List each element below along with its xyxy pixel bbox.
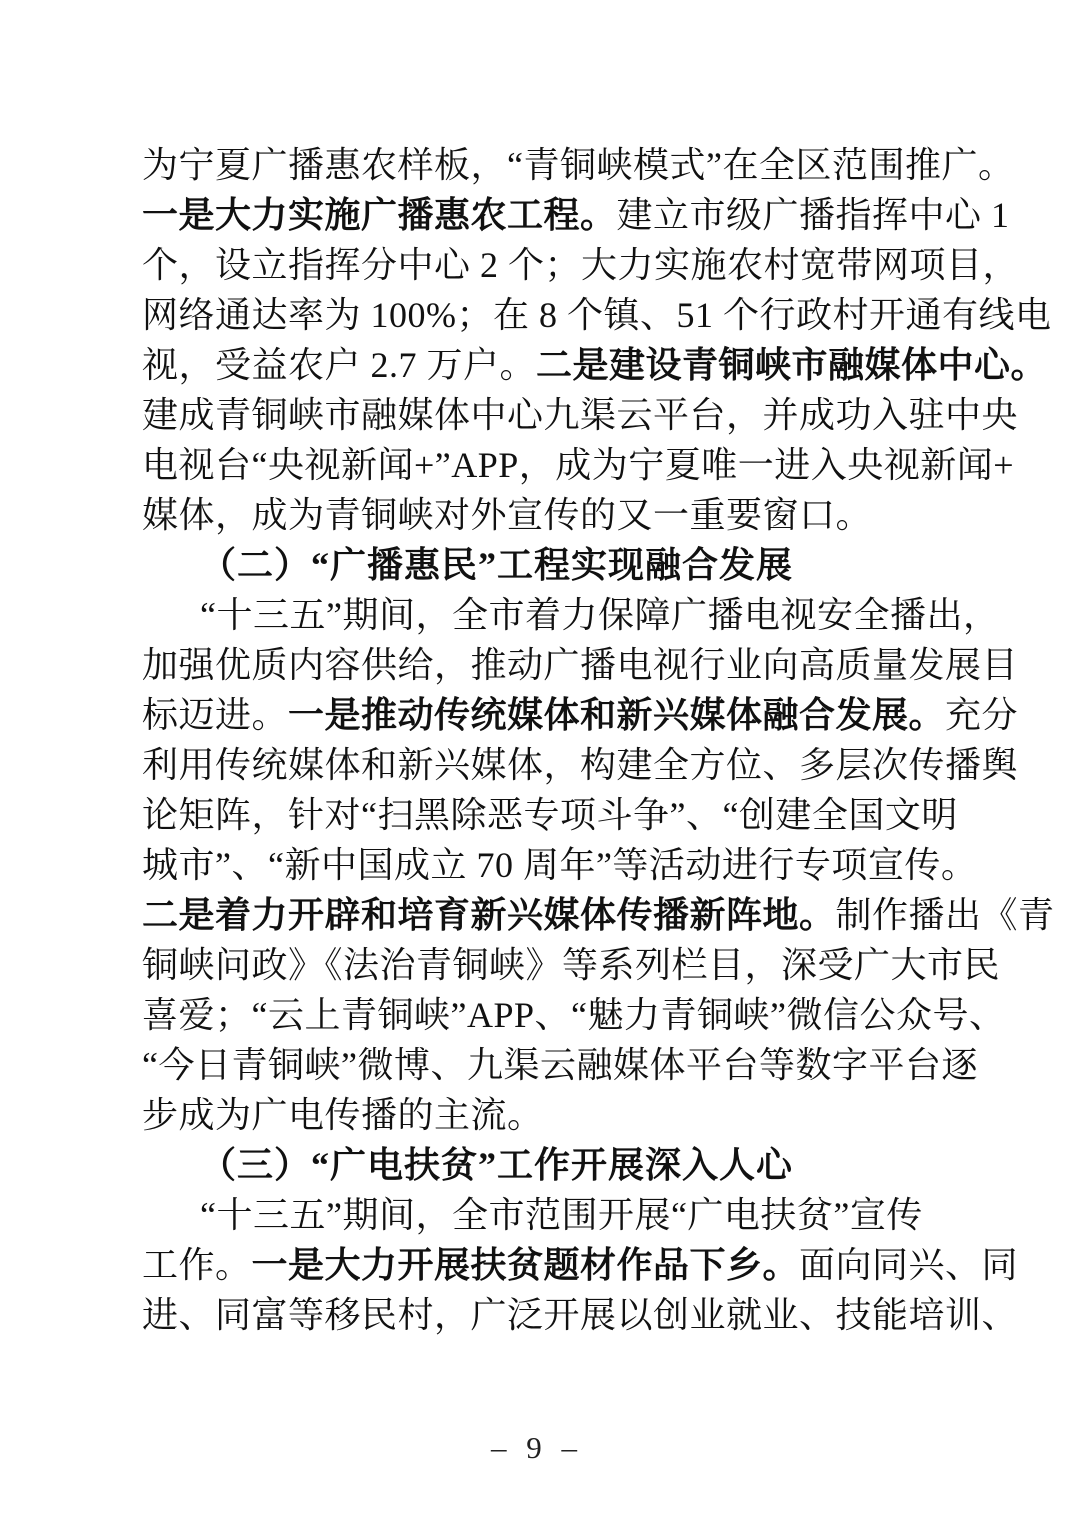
body-text-segment: 工作。 xyxy=(142,1245,252,1285)
body-text-segment: 建立市级广播指挥中心 1 xyxy=(617,195,1010,235)
text-line: “十三五”期间，全市范围开展“广电扶贫”宣传 xyxy=(142,1190,934,1240)
bold-text-segment: 一是推动传统媒体和新兴媒体融合发展。 xyxy=(288,695,945,735)
text-line: 二是着力开辟和培育新兴媒体传播新阵地。制作播出《青 xyxy=(142,890,934,940)
body-text-segment: 充分 xyxy=(945,695,1018,735)
bold-text-segment: 一是大力开展扶贫题材作品下乡。 xyxy=(252,1245,800,1285)
document-lines: 为宁夏广播惠农样板，“青铜峡模式”在全区范围推广。一是大力实施广播惠农工程。建立… xyxy=(142,140,934,1340)
text-line: 网络通达率为 100%；在 8 个镇、51 个行政村开通有线电 xyxy=(142,290,934,340)
body-text-segment: 网络通达率为 100%；在 8 个镇、51 个行政村开通有线电 xyxy=(142,295,1052,335)
body-text-segment: 个，设立指挥分中心 2 个；大力实施农村宽带网项目， xyxy=(142,245,1019,285)
body-text-segment: 利用传统媒体和新兴媒体，构建全方位、多层次传播舆 xyxy=(142,745,1018,785)
text-line: 步成为广电传播的主流。 xyxy=(142,1090,934,1140)
text-line: 媒体，成为青铜峡对外宣传的又一重要窗口。 xyxy=(142,490,934,540)
page-number: – 9 – xyxy=(0,1428,1074,1468)
body-text-segment: “今日青铜峡”微博、九渠云融媒体平台等数字平台逐 xyxy=(142,1045,978,1085)
bold-text-segment: 二是着力开辟和培育新兴媒体传播新阵地。 xyxy=(142,895,836,935)
text-line: 电视台“央视新闻+”APP，成为宁夏唯一进入央视新闻+ xyxy=(142,440,934,490)
body-text-segment: 面向同兴、同 xyxy=(799,1245,1018,1285)
text-line: 进、同富等移民村，广泛开展以创业就业、技能培训、 xyxy=(142,1290,934,1340)
text-line: 论矩阵，针对“扫黑除恶专项斗争”、“创建全国文明 xyxy=(142,790,934,840)
body-text-segment: 媒体，成为青铜峡对外宣传的又一重要窗口。 xyxy=(142,495,872,535)
body-text-segment: 视，受益农户 2.7 万户。 xyxy=(142,345,536,385)
section-heading: （三）“广电扶贫”工作开展深入人心 xyxy=(142,1140,934,1190)
text-line: 铜峡问政》《法治青铜峡》等系列栏目，深受广大市民 xyxy=(142,940,934,990)
body-text-segment: 标迈进。 xyxy=(142,695,288,735)
bold-text-segment: 二是建设青铜峡市融媒体中心。 xyxy=(536,345,1047,385)
body-text-segment: 制作播出《青 xyxy=(836,895,1055,935)
body-text-segment: 铜峡问政》《法治青铜峡》等系列栏目，深受广大市民 xyxy=(142,945,1000,985)
body-text-segment: 电视台“央视新闻+”APP，成为宁夏唯一进入央视新闻+ xyxy=(142,445,1014,485)
text-line: 加强优质内容供给，推动广播电视行业向高质量发展目 xyxy=(142,640,934,690)
text-line: 工作。一是大力开展扶贫题材作品下乡。面向同兴、同 xyxy=(142,1240,934,1290)
body-text-segment: 论矩阵，针对“扫黑除恶专项斗争”、“创建全国文明 xyxy=(142,795,958,835)
body-text-segment: “十三五”期间，全市范围开展“广电扶贫”宣传 xyxy=(200,1195,923,1235)
text-line: 利用传统媒体和新兴媒体，构建全方位、多层次传播舆 xyxy=(142,740,934,790)
text-line: 一是大力实施广播惠农工程。建立市级广播指挥中心 1 xyxy=(142,190,934,240)
body-text-segment: 城市”、“新中国成立 70 周年”等活动进行专项宣传。 xyxy=(142,845,977,885)
text-line: 视，受益农户 2.7 万户。二是建设青铜峡市融媒体中心。 xyxy=(142,340,934,390)
text-line: 个，设立指挥分中心 2 个；大力实施农村宽带网项目， xyxy=(142,240,934,290)
section-heading: （二）“广播惠民”工程实现融合发展 xyxy=(142,540,934,590)
bold-text-segment: 一是大力实施广播惠农工程。 xyxy=(142,195,617,235)
body-text-segment: 喜爱；“云上青铜峡”APP、“魅力青铜峡”微信公众号、 xyxy=(142,995,1005,1035)
text-line: 为宁夏广播惠农样板，“青铜峡模式”在全区范围推广。 xyxy=(142,140,934,190)
bold-text-segment: （二）“广播惠民”工程实现融合发展 xyxy=(200,545,793,585)
text-line: 喜爱；“云上青铜峡”APP、“魅力青铜峡”微信公众号、 xyxy=(142,990,934,1040)
text-line: 标迈进。一是推动传统媒体和新兴媒体融合发展。充分 xyxy=(142,690,934,740)
document-page: 为宁夏广播惠农样板，“青铜峡模式”在全区范围推广。一是大力实施广播惠农工程。建立… xyxy=(0,0,1074,1520)
body-text-segment: 步成为广电传播的主流。 xyxy=(142,1095,544,1135)
body-text-segment: 进、同富等移民村，广泛开展以创业就业、技能培训、 xyxy=(142,1295,1018,1335)
text-line: “今日青铜峡”微博、九渠云融媒体平台等数字平台逐 xyxy=(142,1040,934,1090)
body-text-segment: 建成青铜峡市融媒体中心九渠云平台，并成功入驻中央 xyxy=(142,395,1018,435)
body-text-segment: 为宁夏广播惠农样板，“青铜峡模式”在全区范围推广。 xyxy=(142,145,1014,185)
body-text-segment: “十三五”期间，全市着力保障广播电视安全播出， xyxy=(200,595,999,635)
bold-text-segment: （三）“广电扶贫”工作开展深入人心 xyxy=(200,1145,793,1185)
text-line: 建成青铜峡市融媒体中心九渠云平台，并成功入驻中央 xyxy=(142,390,934,440)
text-line: 城市”、“新中国成立 70 周年”等活动进行专项宣传。 xyxy=(142,840,934,890)
body-text-segment: 加强优质内容供给，推动广播电视行业向高质量发展目 xyxy=(142,645,1018,685)
text-line: “十三五”期间，全市着力保障广播电视安全播出， xyxy=(142,590,934,640)
